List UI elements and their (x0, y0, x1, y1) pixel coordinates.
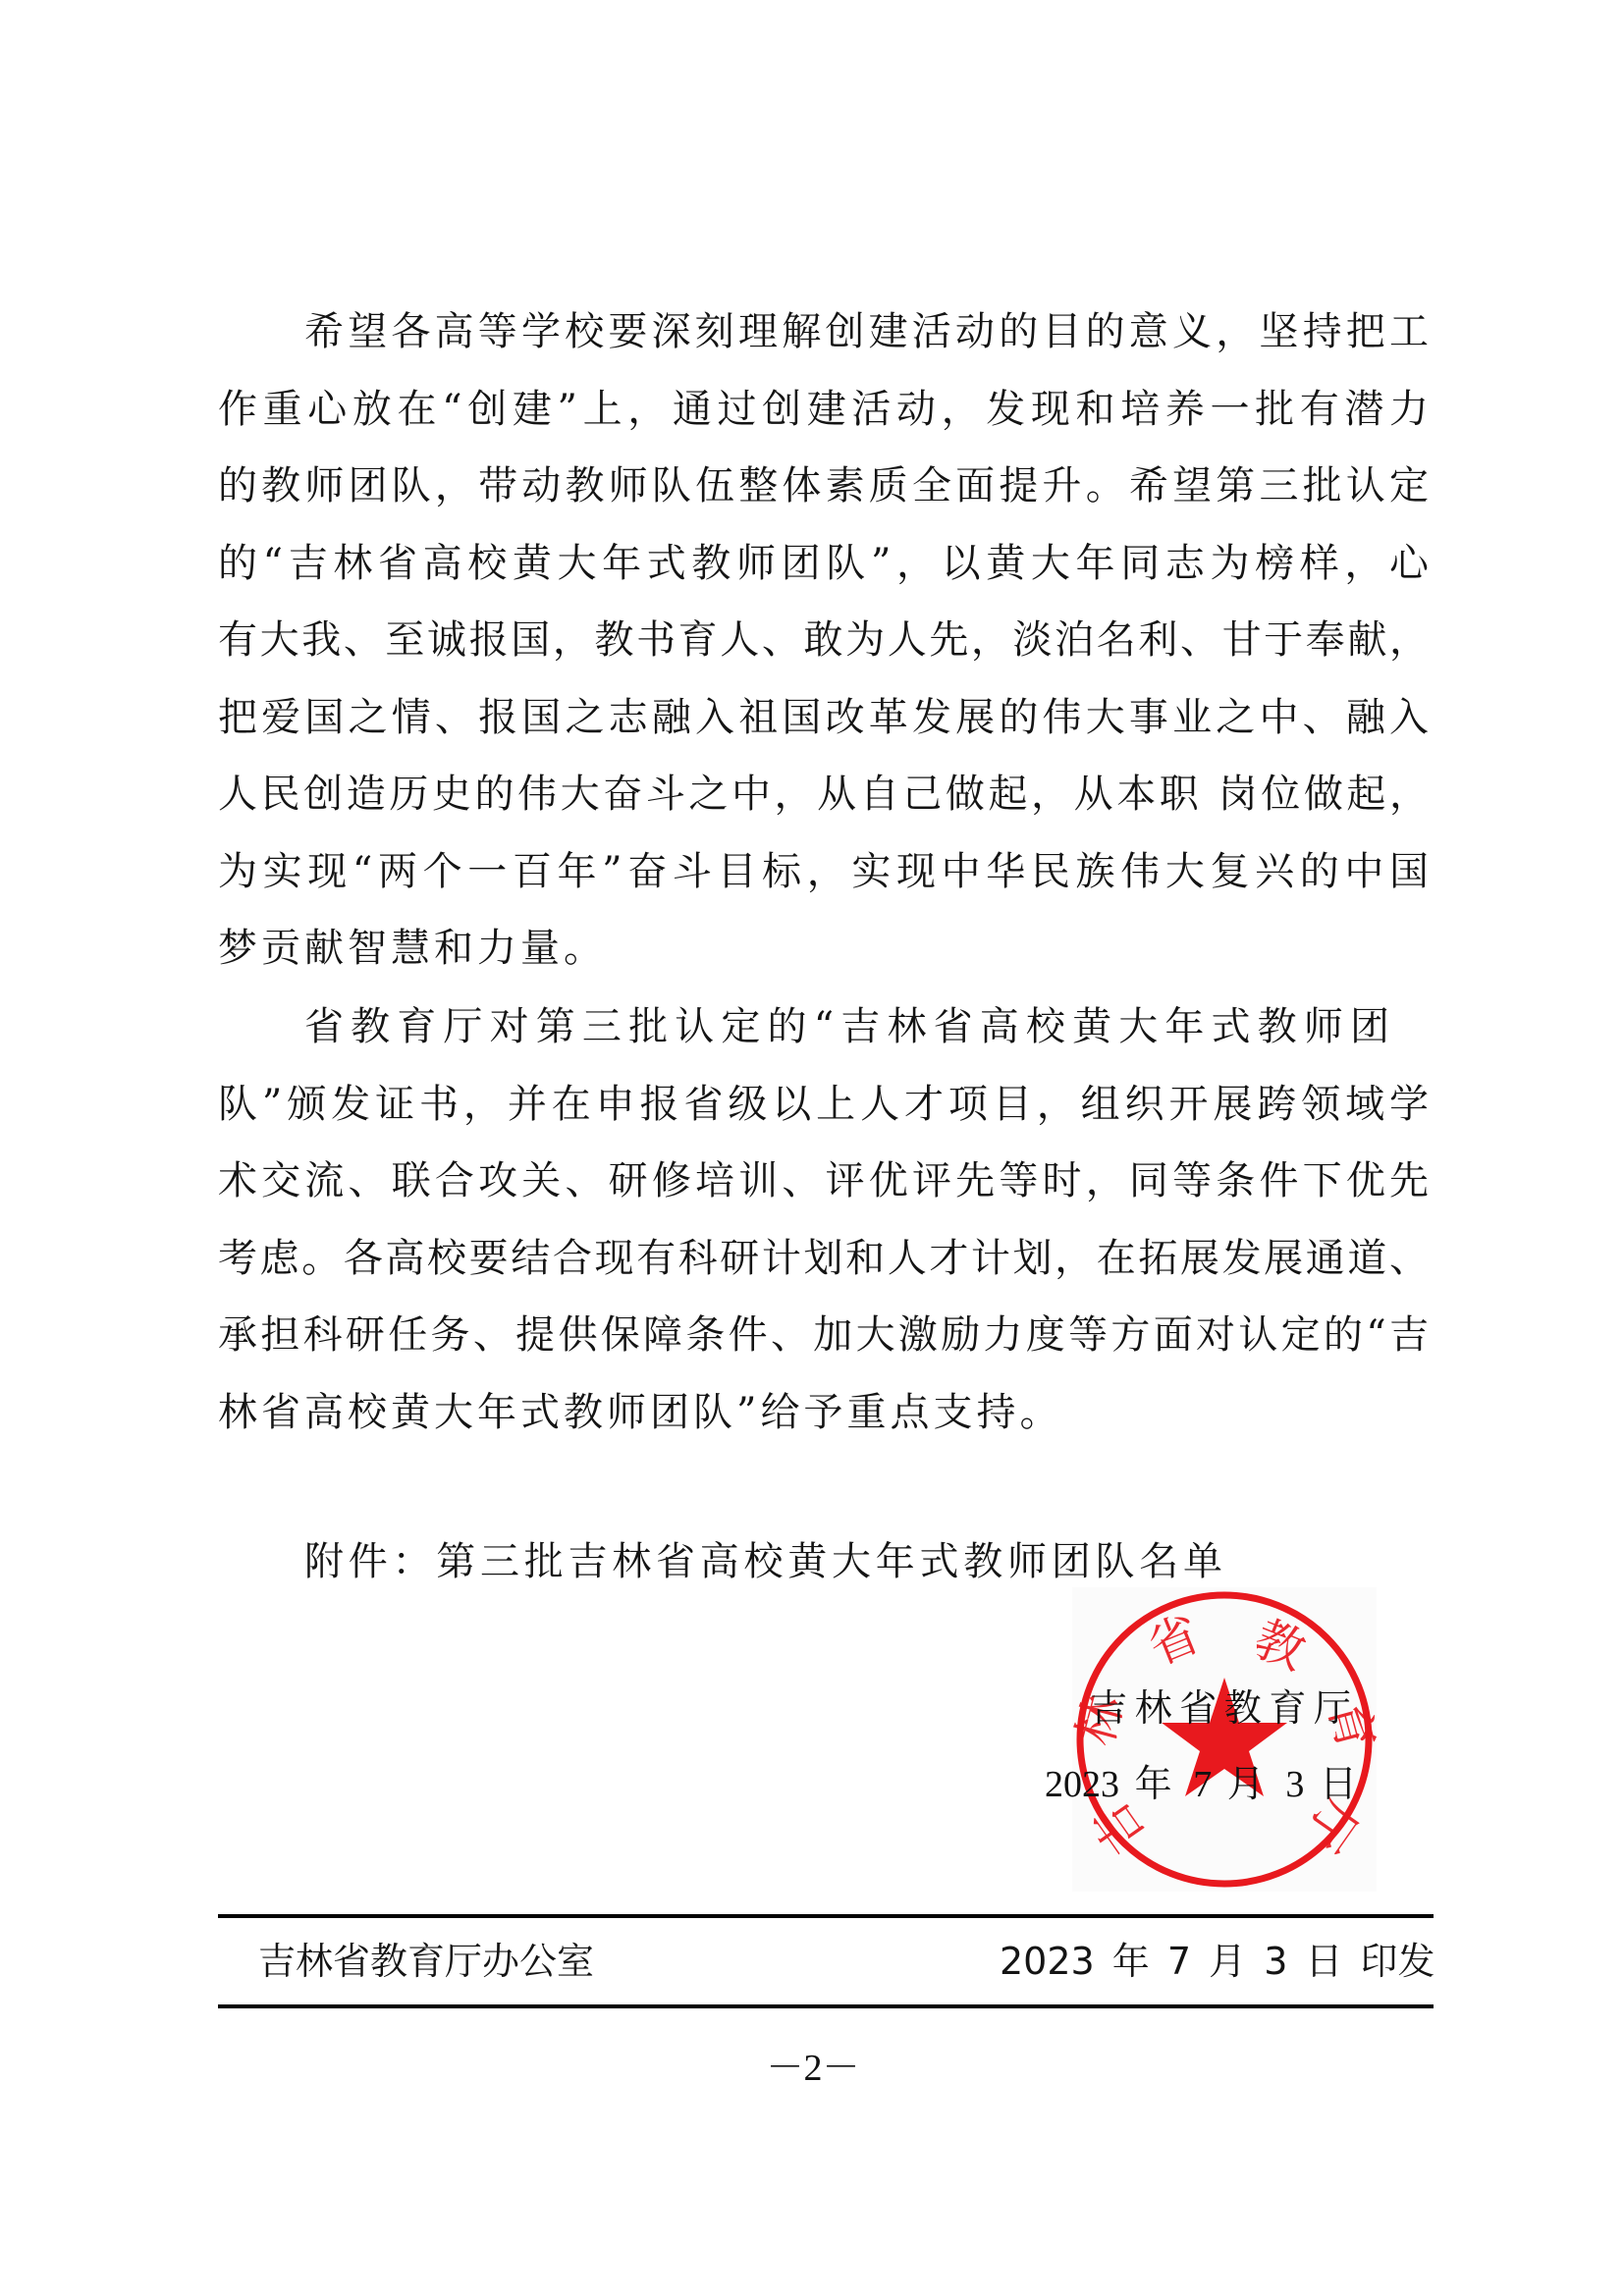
official-seal: 吉 林 省 教 育 厅 (1072, 1587, 1377, 1892)
paragraph-line: 术交流、联合攻关、研修培训、评优评先等时，同等条件下优先 (218, 1153, 1429, 1208)
paragraph-line: 作重心放在“创建”上，通过创建活动，发现和培养一批有潜力 (218, 382, 1429, 437)
paragraph-line: 的“吉林省高校黄大年式教师团队”，以黄大年同志为榜样，心 (218, 536, 1429, 591)
footer-issue-date: 2023 年 7 月 3 日 印发 (1000, 1934, 1397, 1989)
signature-organization: 吉林省教育厅 (1090, 1681, 1351, 1735)
paragraph-line: 省教育厅对第三批认定的“吉林省高校黄大年式教师团 (304, 999, 1389, 1054)
paragraph-line: 梦贡献智慧和力量。 (218, 921, 1429, 976)
paragraph-line: 为实现“两个一百年”奋斗目标，实现中华民族伟大复兴的中国 (218, 844, 1429, 899)
paragraph-line: 承担科研任务、提供保障条件、加大激励力度等方面对认定的“吉 (218, 1308, 1429, 1362)
paragraph-line: 把爱国之情、报国之志融入祖国改革发展的伟大事业之中、融入 (218, 690, 1429, 745)
footer-issuer: 吉林省教育厅办公室 (258, 1934, 594, 1989)
attachment-line: 附件：第三批吉林省高校黄大年式教师团队名单 (304, 1534, 1222, 1589)
paragraph-line: 考虑。各高校要结合现有科研计划和人才计划，在拓展发展通道、 (218, 1231, 1429, 1286)
paragraph-line: 的教师团队，带动教师队伍整体素质全面提升。希望第三批认定 (218, 458, 1429, 513)
paragraph-line: 队”颁发证书，并在申报省级以上人才项目，组织开展跨领域学 (218, 1077, 1429, 1132)
document-page: 希望各高等学校要深刻理解创建活动的目的意义，坚持把工 作重心放在“创建”上，通过… (0, 0, 1624, 2296)
paragraph-line: 有大我、至诚报国，教书育人、敢为人先，淡泊名利、甘于奉献， (218, 613, 1429, 667)
paragraph-line: 林省高校黄大年式教师团队”给予重点支持。 (218, 1385, 1429, 1440)
footer-rule-top (218, 1914, 1434, 1918)
signature-date: 2023 年 7 月 3 日 (1045, 1757, 1357, 1812)
page-number: －2－ (715, 2044, 911, 2093)
paragraph-line: 人民创造历史的伟大奋斗之中，从自己做起，从本职 岗位做起， (218, 767, 1429, 822)
paragraph-line: 希望各高等学校要深刻理解创建活动的目的意义，坚持把工 (304, 304, 1429, 359)
footer-rule-bottom (218, 2004, 1434, 2008)
